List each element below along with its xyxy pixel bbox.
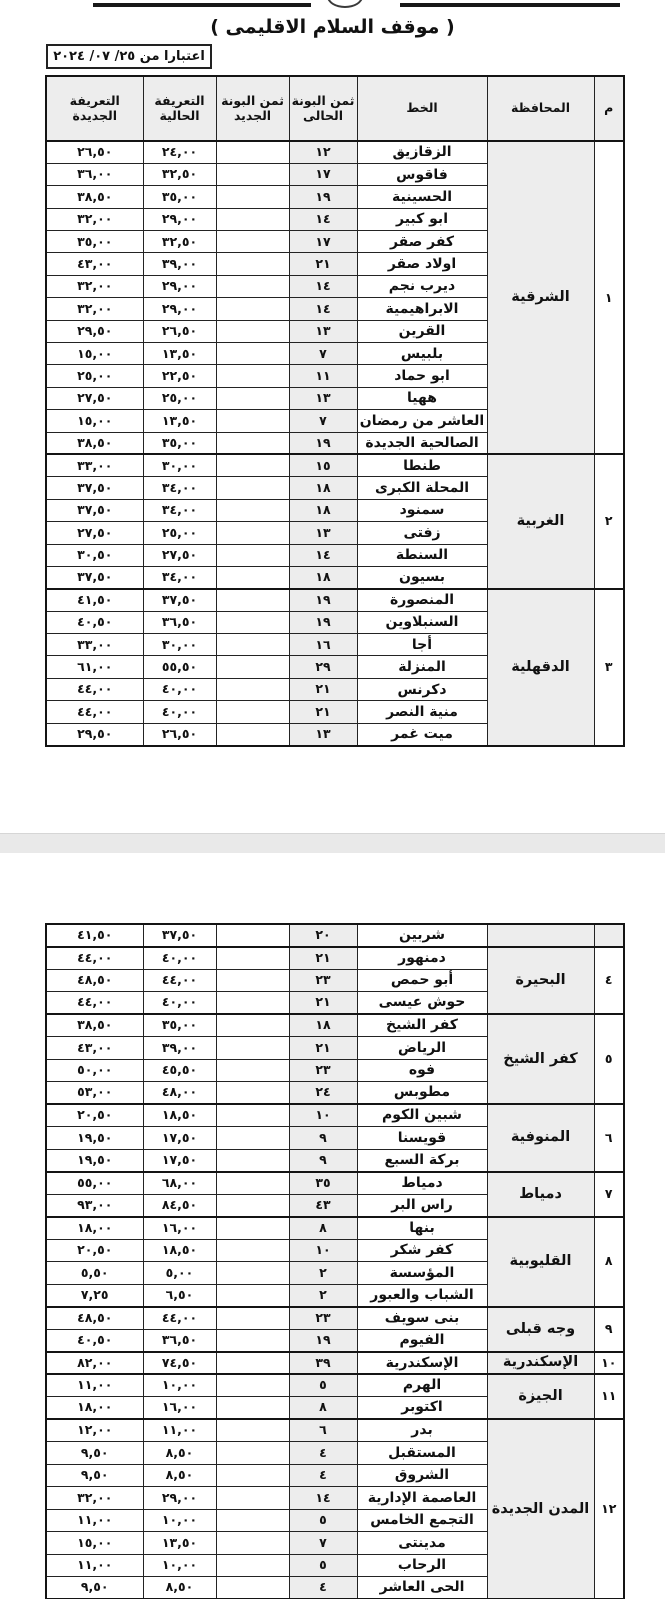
current-tariff-cell: ٢٩,٠٠ bbox=[143, 208, 216, 230]
current-tariff-cell: ٢٥,٠٠ bbox=[143, 387, 216, 409]
new-tariff-cell: ٣٠,٥٠ bbox=[46, 544, 143, 566]
new-tariff-cell: ٣٢,٠٠ bbox=[46, 208, 143, 230]
letterhead-logo-arc bbox=[327, 0, 363, 8]
header-current-voucher-price: ثمن البونة الحالى bbox=[289, 76, 357, 141]
current-tariff-cell: ١٠,٠٠ bbox=[143, 1509, 216, 1532]
line-name-cell: بدر bbox=[357, 1419, 487, 1442]
current-tariff-cell: ٣٢,٥٠ bbox=[143, 163, 216, 185]
current-tariff-cell: ٣٩,٠٠ bbox=[143, 253, 216, 275]
new-tariff-cell: ٩,٥٠ bbox=[46, 1464, 143, 1487]
new-tariff-cell: ٢٧,٥٠ bbox=[46, 522, 143, 544]
new-tariff-cell: ٤٤,٠٠ bbox=[46, 992, 143, 1015]
new-voucher-price-cell bbox=[216, 141, 289, 163]
current-voucher-price-cell: ٢١ bbox=[289, 253, 357, 275]
current-tariff-cell: ٢٧,٥٠ bbox=[143, 544, 216, 566]
header-index: م bbox=[594, 76, 624, 141]
line-name-cell: المنزلة bbox=[357, 656, 487, 678]
new-tariff-cell: ٥٥,٠٠ bbox=[46, 1172, 143, 1195]
line-name-cell: ابو كبير bbox=[357, 208, 487, 230]
new-tariff-cell: ٣٧,٥٠ bbox=[46, 566, 143, 588]
new-tariff-cell: ٤٤,٠٠ bbox=[46, 678, 143, 700]
current-voucher-price-cell: ١٨ bbox=[289, 566, 357, 588]
current-tariff-cell: ١٨,٥٠ bbox=[143, 1104, 216, 1127]
current-voucher-price-cell: ٤٣ bbox=[289, 1194, 357, 1217]
line-name-cell: الهرم bbox=[357, 1374, 487, 1397]
current-tariff-cell: ٤٨,٠٠ bbox=[143, 1082, 216, 1105]
line-name-cell: دمياط bbox=[357, 1172, 487, 1195]
line-name-cell: ابو حماد bbox=[357, 365, 487, 387]
line-name-cell: الشباب والعبور bbox=[357, 1284, 487, 1307]
current-voucher-price-cell: ٢٤ bbox=[289, 1082, 357, 1105]
governorate-cell: دمياط bbox=[487, 1172, 594, 1217]
line-name-cell: بلبيس bbox=[357, 343, 487, 365]
current-tariff-cell: ٤٠,٠٠ bbox=[143, 992, 216, 1015]
line-name-cell: طنطا bbox=[357, 454, 487, 476]
current-voucher-price-cell: ٤ bbox=[289, 1464, 357, 1487]
line-name-cell: المؤسسة bbox=[357, 1262, 487, 1285]
current-tariff-cell: ٤٠,٠٠ bbox=[143, 947, 216, 970]
new-tariff-cell: ٢٩,٥٠ bbox=[46, 320, 143, 342]
current-tariff-cell: ٤٤,٠٠ bbox=[143, 969, 216, 992]
line-name-cell: بنها bbox=[357, 1217, 487, 1240]
new-tariff-cell: ٢٠,٥٠ bbox=[46, 1239, 143, 1262]
current-voucher-price-cell: ٢٩ bbox=[289, 656, 357, 678]
current-tariff-cell: ٦٨,٠٠ bbox=[143, 1172, 216, 1195]
current-voucher-price-cell: ٣٥ bbox=[289, 1172, 357, 1195]
new-voucher-price-cell bbox=[216, 1532, 289, 1555]
governorate-cell: البحيرة bbox=[487, 947, 594, 1015]
new-voucher-price-cell bbox=[216, 1352, 289, 1375]
line-name-cell: قويسنا bbox=[357, 1127, 487, 1150]
current-voucher-price-cell: ٢١ bbox=[289, 1037, 357, 1060]
table-row: ١٠الإسكندريةالإسكندرية٣٩٧٤,٥٠٨٢,٠٠ bbox=[46, 1352, 624, 1375]
new-voucher-price-cell bbox=[216, 1329, 289, 1352]
new-voucher-price-cell bbox=[216, 1509, 289, 1532]
new-voucher-price-cell bbox=[216, 1442, 289, 1465]
current-tariff-cell: ١١,٠٠ bbox=[143, 1419, 216, 1442]
current-tariff-cell: ١٦,٠٠ bbox=[143, 1397, 216, 1420]
line-name-cell: مدينتى bbox=[357, 1532, 487, 1555]
current-tariff-cell: ١٠,٠٠ bbox=[143, 1374, 216, 1397]
new-voucher-price-cell bbox=[216, 454, 289, 476]
line-name-cell: الزقازيق bbox=[357, 141, 487, 163]
new-voucher-price-cell bbox=[216, 1464, 289, 1487]
current-voucher-price-cell: ٧ bbox=[289, 343, 357, 365]
new-voucher-price-cell bbox=[216, 1397, 289, 1420]
current-tariff-cell: ٣٤,٠٠ bbox=[143, 477, 216, 499]
new-voucher-price-cell bbox=[216, 231, 289, 253]
new-voucher-price-cell bbox=[216, 1059, 289, 1082]
line-name-cell: القرين bbox=[357, 320, 487, 342]
line-name-cell: أبو حمص bbox=[357, 969, 487, 992]
current-voucher-price-cell: ٧ bbox=[289, 410, 357, 432]
new-tariff-cell: ٩٣,٠٠ bbox=[46, 1194, 143, 1217]
new-voucher-price-cell bbox=[216, 1149, 289, 1172]
new-tariff-cell: ٤٣,٠٠ bbox=[46, 1037, 143, 1060]
new-voucher-price-cell bbox=[216, 163, 289, 185]
current-voucher-price-cell: ١٦ bbox=[289, 634, 357, 656]
line-name-cell: منية النصر bbox=[357, 701, 487, 723]
new-tariff-cell: ٤٤,٠٠ bbox=[46, 947, 143, 970]
current-tariff-cell: ٢٩,٠٠ bbox=[143, 275, 216, 297]
line-name-cell: الحسينية bbox=[357, 186, 487, 208]
row-index-cell: ٩ bbox=[594, 1307, 624, 1352]
current-voucher-price-cell: ٥ bbox=[289, 1554, 357, 1577]
new-tariff-cell: ١٨,٠٠ bbox=[46, 1397, 143, 1420]
row-index-cell: ٥ bbox=[594, 1014, 624, 1104]
new-voucher-price-cell bbox=[216, 365, 289, 387]
current-voucher-price-cell: ٥ bbox=[289, 1509, 357, 1532]
current-tariff-cell: ٨,٥٠ bbox=[143, 1577, 216, 1599]
current-tariff-cell: ٢٦,٥٠ bbox=[143, 723, 216, 745]
current-voucher-price-cell: ١٧ bbox=[289, 163, 357, 185]
table-row: ١٢المدن الجديدةبدر٦١١,٠٠١٢,٠٠ bbox=[46, 1419, 624, 1442]
table1-body: ١الشرقيةالزقازيق١٢٢٤,٠٠٢٦,٥٠فاقوس١٧٣٢,٥٠… bbox=[46, 141, 624, 746]
line-name-cell: بسيون bbox=[357, 566, 487, 588]
new-voucher-price-cell bbox=[216, 1419, 289, 1442]
governorate-cell: الإسكندرية bbox=[487, 1352, 594, 1375]
current-voucher-price-cell: ١٢ bbox=[289, 141, 357, 163]
tariff-table-page2: شربين٢٠٣٧,٥٠٤١,٥٠٤البحيرةدمنهور٢١٤٠,٠٠٤٤… bbox=[45, 923, 625, 1599]
new-voucher-price-cell bbox=[216, 947, 289, 970]
new-tariff-cell: ٣٣,٠٠ bbox=[46, 634, 143, 656]
current-tariff-cell: ٥,٠٠ bbox=[143, 1262, 216, 1285]
page-break-band bbox=[0, 833, 665, 853]
current-voucher-price-cell: ١٤ bbox=[289, 544, 357, 566]
current-tariff-cell: ٣٥,٠٠ bbox=[143, 432, 216, 454]
new-voucher-price-cell bbox=[216, 320, 289, 342]
governorate-cell: الجيزة bbox=[487, 1374, 594, 1419]
line-name-cell: فاقوس bbox=[357, 163, 487, 185]
table-row: شربين٢٠٣٧,٥٠٤١,٥٠ bbox=[46, 924, 624, 947]
current-voucher-price-cell: ١٧ bbox=[289, 231, 357, 253]
row-index-cell: ١٢ bbox=[594, 1419, 624, 1599]
current-tariff-cell: ٣٤,٠٠ bbox=[143, 566, 216, 588]
new-voucher-price-cell bbox=[216, 1307, 289, 1330]
new-tariff-cell: ٤٨,٥٠ bbox=[46, 969, 143, 992]
line-name-cell: العاصمة الإدارية bbox=[357, 1487, 487, 1510]
line-name-cell: اكتوبر bbox=[357, 1397, 487, 1420]
current-tariff-cell: ٧٤,٥٠ bbox=[143, 1352, 216, 1375]
new-voucher-price-cell bbox=[216, 634, 289, 656]
new-tariff-cell: ٣٢,٠٠ bbox=[46, 298, 143, 320]
current-voucher-price-cell: ١١ bbox=[289, 365, 357, 387]
new-tariff-cell: ٢٠,٥٠ bbox=[46, 1104, 143, 1127]
current-voucher-price-cell: ١٣ bbox=[289, 522, 357, 544]
row-index-cell: ٣ bbox=[594, 589, 624, 746]
new-voucher-price-cell bbox=[216, 701, 289, 723]
new-voucher-price-cell bbox=[216, 723, 289, 745]
line-name-cell: الصالحية الجديدة bbox=[357, 432, 487, 454]
current-tariff-cell: ٣٥,٠٠ bbox=[143, 1014, 216, 1037]
governorate-cell: المدن الجديدة bbox=[487, 1419, 594, 1599]
new-tariff-cell: ٣٨,٥٠ bbox=[46, 432, 143, 454]
new-tariff-cell: ٣٥,٠٠ bbox=[46, 231, 143, 253]
new-voucher-price-cell bbox=[216, 1014, 289, 1037]
current-tariff-cell: ٣٦,٥٠ bbox=[143, 611, 216, 633]
new-tariff-cell: ١٢,٠٠ bbox=[46, 1419, 143, 1442]
current-voucher-price-cell: ٧ bbox=[289, 1532, 357, 1555]
new-tariff-cell: ٤١,٥٠ bbox=[46, 589, 143, 611]
line-name-cell: بركة السبع bbox=[357, 1149, 487, 1172]
governorate-cell: الغربية bbox=[487, 454, 594, 588]
new-tariff-cell: ٨٢,٠٠ bbox=[46, 1352, 143, 1375]
current-tariff-cell: ٣٤,٠٠ bbox=[143, 499, 216, 521]
row-index-cell: ٨ bbox=[594, 1217, 624, 1307]
current-tariff-cell: ١٣,٥٠ bbox=[143, 343, 216, 365]
table-row: ٧دمياطدمياط٣٥٦٨,٠٠٥٥,٠٠ bbox=[46, 1172, 624, 1195]
new-tariff-cell: ١٥,٠٠ bbox=[46, 410, 143, 432]
document-page: { "page": { "title": "( موقف السلام الاق… bbox=[0, 0, 665, 1599]
line-name-cell: راس البر bbox=[357, 1194, 487, 1217]
new-voucher-price-cell bbox=[216, 924, 289, 947]
new-tariff-cell: ٦١,٠٠ bbox=[46, 656, 143, 678]
letterhead-rule-right bbox=[400, 3, 620, 7]
current-tariff-cell: ١٦,٠٠ bbox=[143, 1217, 216, 1240]
new-voucher-price-cell bbox=[216, 1284, 289, 1307]
new-tariff-cell: ٣٣,٠٠ bbox=[46, 454, 143, 476]
current-tariff-cell: ٦,٥٠ bbox=[143, 1284, 216, 1307]
current-voucher-price-cell: ٢٣ bbox=[289, 1307, 357, 1330]
line-name-cell: اولاد صقر bbox=[357, 253, 487, 275]
current-voucher-price-cell: ١٠ bbox=[289, 1104, 357, 1127]
current-voucher-price-cell: ١٨ bbox=[289, 477, 357, 499]
line-name-cell: زفتى bbox=[357, 522, 487, 544]
header-new-tariff: التعريفة الجديدة bbox=[46, 76, 143, 141]
current-tariff-cell: ٢٢,٥٠ bbox=[143, 365, 216, 387]
line-name-cell: التجمع الخامس bbox=[357, 1509, 487, 1532]
current-tariff-cell: ٨,٥٠ bbox=[143, 1464, 216, 1487]
table-row: ٤البحيرةدمنهور٢١٤٠,٠٠٤٤,٠٠ bbox=[46, 947, 624, 970]
new-tariff-cell: ٣٧,٥٠ bbox=[46, 499, 143, 521]
current-voucher-price-cell: ٢١ bbox=[289, 701, 357, 723]
current-voucher-price-cell: ١٣ bbox=[289, 320, 357, 342]
new-voucher-price-cell bbox=[216, 387, 289, 409]
new-tariff-cell: ١٩,٥٠ bbox=[46, 1149, 143, 1172]
header-governorate: المحافظة bbox=[487, 76, 594, 141]
new-tariff-cell: ١٥,٠٠ bbox=[46, 1532, 143, 1555]
new-tariff-cell: ٣٢,٠٠ bbox=[46, 1487, 143, 1510]
current-voucher-price-cell: ١٨ bbox=[289, 1014, 357, 1037]
line-name-cell: الفيوم bbox=[357, 1329, 487, 1352]
new-voucher-price-cell bbox=[216, 253, 289, 275]
new-voucher-price-cell bbox=[216, 1217, 289, 1240]
line-name-cell: السنطة bbox=[357, 544, 487, 566]
new-tariff-cell: ١١,٠٠ bbox=[46, 1509, 143, 1532]
line-name-cell: الرحاب bbox=[357, 1554, 487, 1577]
table2-body: شربين٢٠٣٧,٥٠٤١,٥٠٤البحيرةدمنهور٢١٤٠,٠٠٤٤… bbox=[46, 924, 624, 1599]
new-tariff-cell: ٧,٢٥ bbox=[46, 1284, 143, 1307]
current-tariff-cell: ٥٥,٥٠ bbox=[143, 656, 216, 678]
current-voucher-price-cell: ١٨ bbox=[289, 499, 357, 521]
current-voucher-price-cell: ١٣ bbox=[289, 387, 357, 409]
line-name-cell: الشروق bbox=[357, 1464, 487, 1487]
letterhead-rule-left bbox=[93, 3, 311, 7]
line-name-cell: سمنود bbox=[357, 499, 487, 521]
new-tariff-cell: ٣٨,٥٠ bbox=[46, 1014, 143, 1037]
current-tariff-cell: ٣٢,٥٠ bbox=[143, 231, 216, 253]
new-voucher-price-cell bbox=[216, 544, 289, 566]
current-voucher-price-cell: ٢١ bbox=[289, 678, 357, 700]
new-tariff-cell: ٢٩,٥٠ bbox=[46, 723, 143, 745]
new-voucher-price-cell bbox=[216, 1487, 289, 1510]
new-voucher-price-cell bbox=[216, 208, 289, 230]
governorate-cell: المنوفية bbox=[487, 1104, 594, 1172]
new-voucher-price-cell bbox=[216, 1127, 289, 1150]
current-voucher-price-cell: ٨ bbox=[289, 1397, 357, 1420]
new-voucher-price-cell bbox=[216, 1194, 289, 1217]
current-tariff-cell: ٤٠,٠٠ bbox=[143, 678, 216, 700]
current-voucher-price-cell: ٢ bbox=[289, 1284, 357, 1307]
table-row: ١الشرقيةالزقازيق١٢٢٤,٠٠٢٦,٥٠ bbox=[46, 141, 624, 163]
line-name-cell: السنبلاوين bbox=[357, 611, 487, 633]
current-voucher-price-cell: ١٤ bbox=[289, 1487, 357, 1510]
row-index-cell: ٧ bbox=[594, 1172, 624, 1217]
new-tariff-cell: ٣٦,٠٠ bbox=[46, 163, 143, 185]
new-tariff-cell: ٣٧,٥٠ bbox=[46, 477, 143, 499]
new-tariff-cell: ٥٣,٠٠ bbox=[46, 1082, 143, 1105]
line-name-cell: فوه bbox=[357, 1059, 487, 1082]
new-tariff-cell: ٢٧,٥٠ bbox=[46, 387, 143, 409]
table-row: ٨القليوبيةبنها٨١٦,٠٠١٨,٠٠ bbox=[46, 1217, 624, 1240]
new-tariff-cell: ١١,٠٠ bbox=[46, 1554, 143, 1577]
current-voucher-price-cell: ٩ bbox=[289, 1149, 357, 1172]
table-row: ٥كفر الشيخكفر الشيخ١٨٣٥,٠٠٣٨,٥٠ bbox=[46, 1014, 624, 1037]
line-name-cell: الإسكندرية bbox=[357, 1352, 487, 1375]
current-tariff-cell: ١٣,٥٠ bbox=[143, 410, 216, 432]
new-voucher-price-cell bbox=[216, 1037, 289, 1060]
line-name-cell: دكرنس bbox=[357, 678, 487, 700]
new-voucher-price-cell bbox=[216, 499, 289, 521]
current-tariff-cell: ١٧,٥٠ bbox=[143, 1127, 216, 1150]
header-current-tariff: التعريفة الحالية bbox=[143, 76, 216, 141]
current-voucher-price-cell: ١٥ bbox=[289, 454, 357, 476]
new-voucher-price-cell bbox=[216, 275, 289, 297]
current-voucher-price-cell: ١٩ bbox=[289, 611, 357, 633]
governorate-cell: القليوبية bbox=[487, 1217, 594, 1307]
governorate-cell: وجه قبلى bbox=[487, 1307, 594, 1352]
new-voucher-price-cell bbox=[216, 1172, 289, 1195]
effective-date-box: اعتبارا من ٢٥/ ٠٧/ ٢٠٢٤ bbox=[46, 44, 212, 69]
line-name-cell: المنصورة bbox=[357, 589, 487, 611]
new-tariff-cell: ٤٤,٠٠ bbox=[46, 701, 143, 723]
line-name-cell: كفر صقر bbox=[357, 231, 487, 253]
current-tariff-cell: ١٨,٥٠ bbox=[143, 1239, 216, 1262]
table-row: ١١الجيزةالهرم٥١٠,٠٠١١,٠٠ bbox=[46, 1374, 624, 1397]
current-tariff-cell: ٢٥,٠٠ bbox=[143, 522, 216, 544]
new-voucher-price-cell bbox=[216, 566, 289, 588]
row-index-cell: ١١ bbox=[594, 1374, 624, 1419]
current-voucher-price-cell: ١٤ bbox=[289, 298, 357, 320]
current-voucher-price-cell: ١٠ bbox=[289, 1239, 357, 1262]
new-tariff-cell: ٢٦,٥٠ bbox=[46, 141, 143, 163]
table-row: ٢الغربيةطنطا١٥٣٠,٠٠٣٣,٠٠ bbox=[46, 454, 624, 476]
new-voucher-price-cell bbox=[216, 432, 289, 454]
new-voucher-price-cell bbox=[216, 992, 289, 1015]
new-tariff-cell: ٤٠,٥٠ bbox=[46, 1329, 143, 1352]
new-voucher-price-cell bbox=[216, 678, 289, 700]
new-tariff-cell: ٤٨,٥٠ bbox=[46, 1307, 143, 1330]
header-new-voucher-price: ثمن البونة الجديد bbox=[216, 76, 289, 141]
current-voucher-price-cell: ٢٠ bbox=[289, 924, 357, 947]
line-name-cell: العاشر من رمضان bbox=[357, 410, 487, 432]
new-voucher-price-cell bbox=[216, 1577, 289, 1599]
new-voucher-price-cell bbox=[216, 522, 289, 544]
row-index-cell: ٢ bbox=[594, 454, 624, 588]
current-tariff-cell: ٣٠,٠٠ bbox=[143, 454, 216, 476]
line-name-cell: مطوبس bbox=[357, 1082, 487, 1105]
new-voucher-price-cell bbox=[216, 298, 289, 320]
current-tariff-cell: ٢٩,٠٠ bbox=[143, 1487, 216, 1510]
line-name-cell: بنى سويف bbox=[357, 1307, 487, 1330]
line-name-cell: شبين الكوم bbox=[357, 1104, 487, 1127]
new-tariff-cell: ٩,٥٠ bbox=[46, 1442, 143, 1465]
table-row: ٣الدقهليةالمنصورة١٩٣٧,٥٠٤١,٥٠ bbox=[46, 589, 624, 611]
new-tariff-cell: ٥,٥٠ bbox=[46, 1262, 143, 1285]
current-tariff-cell: ١٧,٥٠ bbox=[143, 1149, 216, 1172]
current-tariff-cell: ٨٤,٥٠ bbox=[143, 1194, 216, 1217]
new-tariff-cell: ٥٠,٠٠ bbox=[46, 1059, 143, 1082]
new-tariff-cell: ٣٨,٥٠ bbox=[46, 186, 143, 208]
line-name-cell: المستقبل bbox=[357, 1442, 487, 1465]
governorate-cell: الشرقية bbox=[487, 141, 594, 454]
new-voucher-price-cell bbox=[216, 477, 289, 499]
new-voucher-price-cell bbox=[216, 1082, 289, 1105]
new-tariff-cell: ١٥,٠٠ bbox=[46, 343, 143, 365]
current-tariff-cell: ١٠,٠٠ bbox=[143, 1554, 216, 1577]
new-tariff-cell: ١٩,٥٠ bbox=[46, 1127, 143, 1150]
page-title: ( موقف السلام الاقليمى ) bbox=[0, 16, 665, 38]
new-voucher-price-cell bbox=[216, 343, 289, 365]
current-voucher-price-cell: ٢١ bbox=[289, 992, 357, 1015]
line-name-cell: ميت غمر bbox=[357, 723, 487, 745]
current-tariff-cell: ١٣,٥٠ bbox=[143, 1532, 216, 1555]
line-name-cell: كفر شكر bbox=[357, 1239, 487, 1262]
row-index-cell: ٤ bbox=[594, 947, 624, 1015]
current-tariff-cell: ٣٩,٠٠ bbox=[143, 1037, 216, 1060]
table-row: ٦المنوفيةشبين الكوم١٠١٨,٥٠٢٠,٥٠ bbox=[46, 1104, 624, 1127]
line-name-cell: كفر الشيخ bbox=[357, 1014, 487, 1037]
line-name-cell: الحى العاشر bbox=[357, 1577, 487, 1599]
table-row: ٩وجه قبلىبنى سويف٢٣٤٤,٠٠٤٨,٥٠ bbox=[46, 1307, 624, 1330]
line-name-cell: حوش عيسى bbox=[357, 992, 487, 1015]
line-name-cell: شربين bbox=[357, 924, 487, 947]
row-index-cell: ١ bbox=[594, 141, 624, 454]
current-voucher-price-cell: ٢٣ bbox=[289, 969, 357, 992]
new-voucher-price-cell bbox=[216, 1374, 289, 1397]
current-voucher-price-cell: ٦ bbox=[289, 1419, 357, 1442]
new-voucher-price-cell bbox=[216, 1239, 289, 1262]
current-tariff-cell: ٣٥,٠٠ bbox=[143, 186, 216, 208]
line-name-cell: ههيا bbox=[357, 387, 487, 409]
row-index-cell bbox=[594, 924, 624, 947]
new-voucher-price-cell bbox=[216, 410, 289, 432]
current-tariff-cell: ٨,٥٠ bbox=[143, 1442, 216, 1465]
current-voucher-price-cell: ١٤ bbox=[289, 275, 357, 297]
governorate-cell: كفر الشيخ bbox=[487, 1014, 594, 1104]
new-tariff-cell: ١١,٠٠ bbox=[46, 1374, 143, 1397]
new-tariff-cell: ٣٢,٠٠ bbox=[46, 275, 143, 297]
line-name-cell: الرياض bbox=[357, 1037, 487, 1060]
current-tariff-cell: ٢٦,٥٠ bbox=[143, 320, 216, 342]
row-index-cell: ١٠ bbox=[594, 1352, 624, 1375]
current-tariff-cell: ٤٤,٠٠ bbox=[143, 1307, 216, 1330]
new-tariff-cell: ٤٠,٥٠ bbox=[46, 611, 143, 633]
governorate-cell: الدقهلية bbox=[487, 589, 594, 746]
current-voucher-price-cell: ١٣ bbox=[289, 723, 357, 745]
current-voucher-price-cell: ١٩ bbox=[289, 1329, 357, 1352]
current-tariff-cell: ٢٤,٠٠ bbox=[143, 141, 216, 163]
